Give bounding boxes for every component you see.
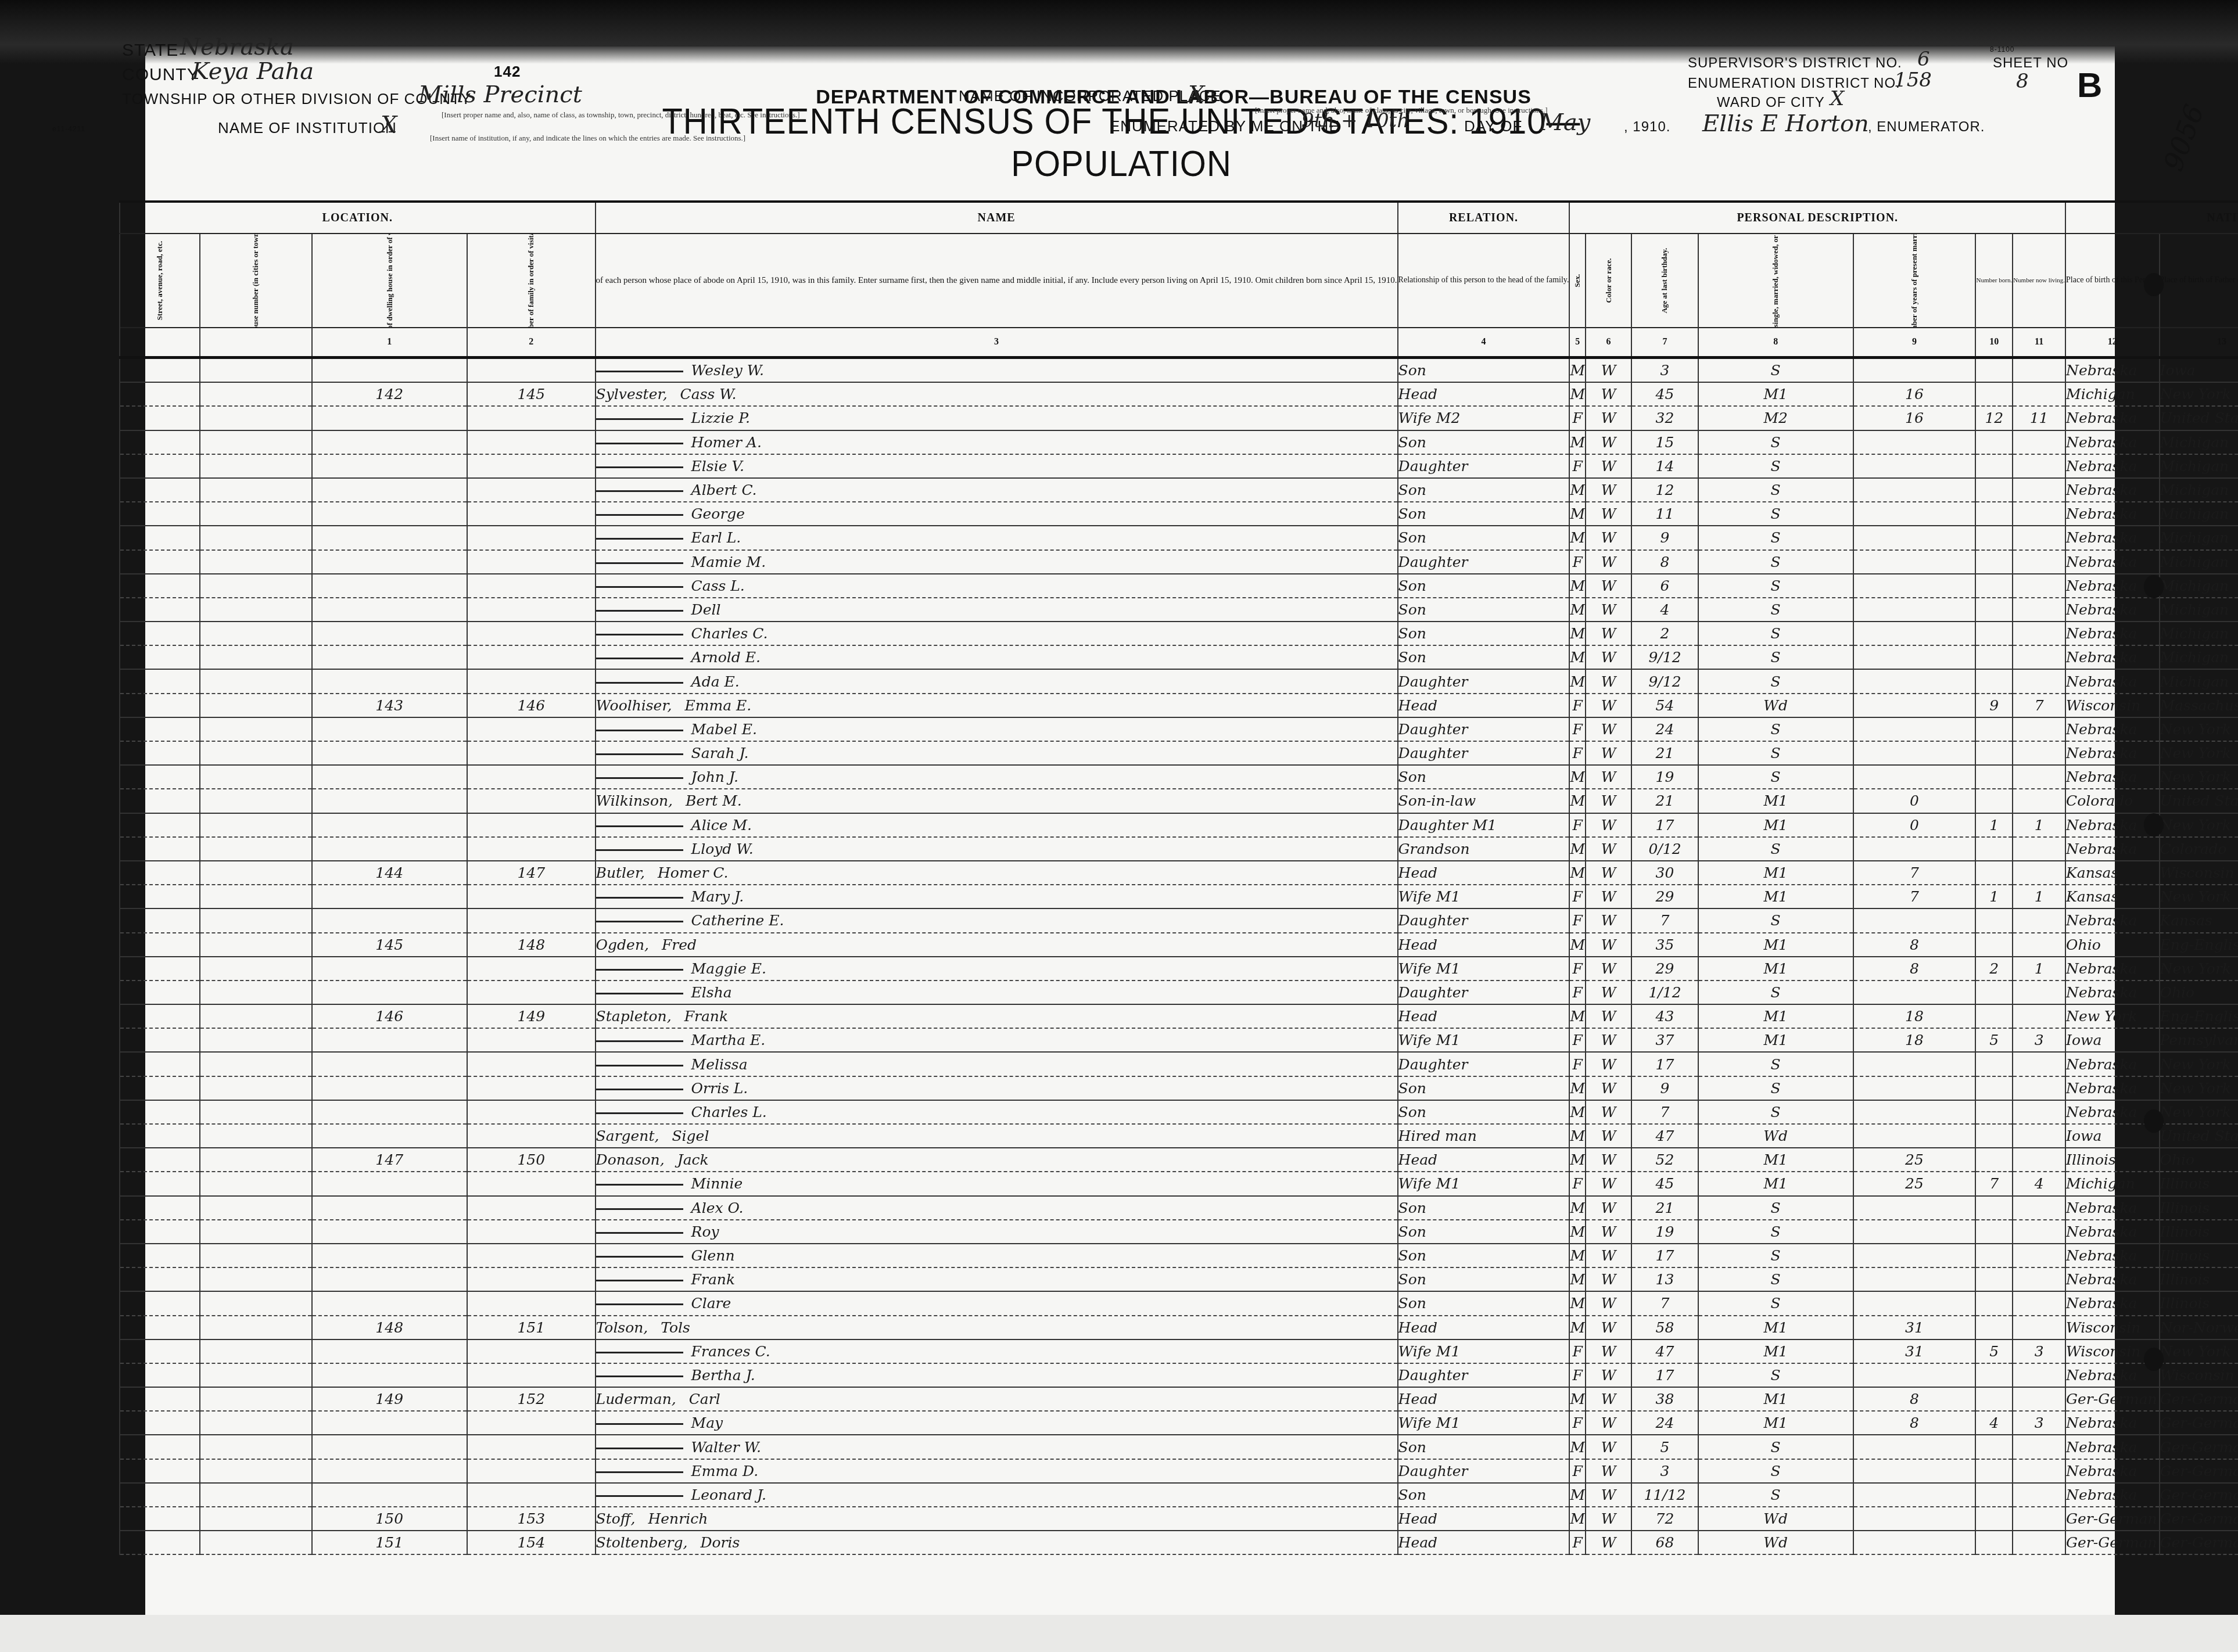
cell-fam [467, 526, 596, 550]
cell-dw: 142 [312, 382, 467, 406]
cell-ym [1853, 1507, 1976, 1531]
same-surname-dash [596, 466, 683, 468]
given-name: Frank [691, 1271, 735, 1288]
cell-ym: 16 [1853, 382, 1976, 406]
cell-born [1975, 1267, 2013, 1291]
cell-ym [1853, 908, 1976, 932]
cell-name: Mabel E. [596, 717, 1398, 741]
cell-ym [1853, 454, 1976, 478]
cell-race: W [1586, 933, 1631, 957]
cell-race: W [1586, 406, 1631, 430]
cell-rel: Son-in-law [1398, 789, 1570, 813]
cell-street [120, 1076, 200, 1100]
cell-fbp: Michigan [2160, 478, 2238, 502]
cell-living [2013, 1483, 2065, 1507]
table-row: GlennSonMW17SNebraskaIllinoisMichiganEng… [120, 1244, 2238, 1267]
cell-street [120, 694, 200, 717]
cell-ym [1853, 645, 1976, 669]
cell-fbp: United States [2160, 406, 2238, 430]
cell-born [1975, 1459, 2013, 1483]
cell-born [1975, 981, 2013, 1004]
cell-race: W [1586, 669, 1631, 693]
cell-ym: 0 [1853, 813, 1976, 837]
cell-rel: Wife M1 [1398, 1411, 1570, 1435]
cell-rel: Wife M1 [1398, 1172, 1570, 1195]
cell-house [200, 1483, 311, 1507]
given-name: Wesley W. [691, 362, 764, 379]
cell-born [1975, 1316, 2013, 1339]
cell-bp: New York [2065, 1004, 2159, 1028]
cell-name: Elsha [596, 981, 1398, 1004]
cell-race: W [1586, 789, 1631, 813]
column-number: 3 [596, 328, 1398, 358]
cell-house [200, 933, 311, 957]
cell-living [2013, 478, 2065, 502]
cell-name: Stapleton,Frank [596, 1004, 1398, 1028]
cell-fbp: New York [2160, 813, 2238, 837]
same-surname-dash [596, 1352, 683, 1353]
cell-race: W [1586, 430, 1631, 454]
cell-dw: 146 [312, 1004, 467, 1028]
cell-dw [312, 1459, 467, 1483]
cell-living [2013, 454, 2065, 478]
cell-dw [312, 1028, 467, 1052]
cell-fbp: Michigan [2160, 574, 2238, 598]
cell-fbp: New York [2160, 885, 2238, 908]
cell-ym: 25 [1853, 1172, 1976, 1195]
table-row: Martha E.Wife M1FW37M11853IowaPennsylvan… [120, 1028, 2238, 1052]
binder-hole [2144, 273, 2164, 296]
cell-mar: S [1698, 981, 1853, 1004]
cell-race: W [1586, 1267, 1631, 1291]
column-number: 6 [1586, 328, 1631, 358]
cell-street [120, 1531, 200, 1554]
cell-mar: S [1698, 1363, 1853, 1387]
cell-name: Ada E. [596, 669, 1398, 693]
same-surname-dash [596, 418, 683, 420]
given-name: Tols [661, 1319, 690, 1336]
cell-name: Bertha J. [596, 1363, 1398, 1387]
cell-race: W [1586, 1172, 1631, 1195]
cell-house [200, 669, 311, 693]
cell-street [120, 1387, 200, 1411]
cell-bp: Nebraska [2065, 406, 2159, 430]
table-row: Leonard J.SonMW11/12SNebraskaGer-GermanN… [120, 1483, 2238, 1507]
cell-name: Melissa [596, 1052, 1398, 1076]
cell-street [120, 789, 200, 813]
cell-rel: Head [1398, 694, 1570, 717]
cell-street [120, 1244, 200, 1267]
cell-house [200, 908, 311, 932]
cell-dw: 148 [312, 1316, 467, 1339]
cell-mar: M1 [1698, 885, 1853, 908]
cell-street [120, 430, 200, 454]
cell-ym [1853, 1052, 1976, 1076]
scan-top-shadow [0, 0, 2238, 64]
same-surname-dash [596, 1232, 683, 1234]
cell-sex: M [1569, 837, 1586, 861]
cell-bp: Nebraska [2065, 1196, 2159, 1220]
cell-name: Martha E. [596, 1028, 1398, 1052]
cell-name: Butler,Homer C. [596, 861, 1398, 885]
cell-sex: F [1569, 1459, 1586, 1483]
cell-rel: Son [1398, 1076, 1570, 1100]
cell-bp: Illinois [2065, 1148, 2159, 1172]
cell-house [200, 1316, 311, 1339]
cell-age: 43 [1631, 1004, 1698, 1028]
cell-street [120, 502, 200, 526]
cell-house [200, 502, 311, 526]
cell-bp: Ger-German [2065, 1531, 2159, 1554]
cell-rel: Daughter [1398, 717, 1570, 741]
cell-race: W [1586, 1052, 1631, 1076]
cell-fam [467, 358, 596, 383]
cell-living [2013, 622, 2065, 645]
col-relation: Relationship of this person to the head … [1398, 234, 1570, 328]
cell-born: 7 [1975, 1172, 2013, 1195]
cell-age: 7 [1631, 1291, 1698, 1315]
cell-house [200, 981, 311, 1004]
cell-living: 7 [2013, 694, 2065, 717]
cell-house [200, 861, 311, 885]
cell-living [2013, 1100, 2065, 1124]
table-row: Homer A.SonMW15SNebraskaMichiganNebraska… [120, 430, 2238, 454]
given-name: Charles C. [691, 625, 768, 642]
same-surname-dash [596, 443, 683, 444]
group-location: LOCATION. [120, 202, 596, 234]
cell-street [120, 861, 200, 885]
same-surname-dash [596, 1303, 683, 1305]
cell-living: 4 [2013, 1172, 2065, 1195]
cell-age: 32 [1631, 406, 1698, 430]
cell-living [2013, 1124, 2065, 1148]
same-surname-dash [596, 658, 683, 659]
cell-house [200, 813, 311, 837]
cell-age: 21 [1631, 789, 1698, 813]
cell-rel: Head [1398, 1507, 1570, 1531]
cell-living [2013, 981, 2065, 1004]
cell-mar: Wd [1698, 1124, 1853, 1148]
cell-race: W [1586, 1363, 1631, 1387]
cell-name: Frank [596, 1267, 1398, 1291]
cell-street [120, 1339, 200, 1363]
cell-fam: 145 [467, 382, 596, 406]
cell-name: Luderman,Carl [596, 1387, 1398, 1411]
cell-house [200, 645, 311, 669]
cell-mar: M2 [1698, 406, 1853, 430]
cell-race: W [1586, 813, 1631, 837]
cell-rel: Son [1398, 1267, 1570, 1291]
cell-age: 17 [1631, 1363, 1698, 1387]
column-number: 7 [1631, 328, 1698, 358]
cell-fam [467, 837, 596, 861]
cell-dw [312, 550, 467, 574]
cell-race: W [1586, 694, 1631, 717]
cell-street [120, 1052, 200, 1076]
cell-ym [1853, 837, 1976, 861]
cell-name: Arnold E. [596, 645, 1398, 669]
column-number: 8 [1698, 328, 1853, 358]
cell-fam [467, 598, 596, 622]
column-number-row: 1234567891011121314151617181920212223242… [120, 328, 2238, 358]
given-name: Henrich [648, 1510, 708, 1527]
given-name: Minnie [691, 1175, 743, 1192]
table-row: GeorgeSonMW11SNebraskaMichiganNebraskaEn… [120, 502, 2238, 526]
cell-mar: S [1698, 1220, 1853, 1244]
same-surname-dash [596, 825, 683, 827]
cell-name: Cass L. [596, 574, 1398, 598]
cell-bp: Nebraska [2065, 1291, 2159, 1315]
cell-house [200, 1291, 311, 1315]
cell-house [200, 1435, 311, 1459]
same-surname-dash [596, 514, 683, 516]
cell-sex: M [1569, 430, 1586, 454]
cell-age: 30 [1631, 861, 1698, 885]
cell-house [200, 1052, 311, 1076]
cell-fbp: Ohio [2160, 1148, 2238, 1172]
cell-bp: Ohio [2065, 933, 2159, 957]
cell-dw [312, 1052, 467, 1076]
cell-born: 12 [1975, 406, 2013, 430]
cell-age: 37 [1631, 1028, 1698, 1052]
cell-age: 35 [1631, 933, 1698, 957]
cell-fbp: New York [2160, 717, 2238, 741]
enumerator-label: , ENUMERATOR. [1868, 119, 1985, 135]
cell-rel: Son [1398, 574, 1570, 598]
cell-street [120, 765, 200, 789]
cell-dw [312, 1220, 467, 1244]
cell-sex: M [1569, 1507, 1586, 1531]
cell-ym [1853, 1291, 1976, 1315]
column-number [200, 328, 311, 358]
cell-house [200, 1124, 311, 1148]
given-name: Sarah J. [691, 745, 749, 762]
cell-mar: S [1698, 1435, 1853, 1459]
cell-bp: Wisconsin [2065, 694, 2159, 717]
table-row: 146149Stapleton,FrankHeadMW43M118New Yor… [120, 1004, 2238, 1028]
cell-bp: Nebraska [2065, 1411, 2159, 1435]
census-rows: Wesley W.SonMW3SNebraskaIowaWales-Englis… [120, 358, 2238, 1555]
table-row: Earl L.SonMW9SNebraskaMichiganNebraskaNo… [120, 526, 2238, 550]
cell-house [200, 1411, 311, 1435]
table-row: 151154Stoltenberg,DorisHeadFW68WdGer-Ger… [120, 1531, 2238, 1554]
cell-born: 5 [1975, 1339, 2013, 1363]
cell-sex: M [1569, 1124, 1586, 1148]
cell-living: 3 [2013, 1028, 2065, 1052]
cell-fam [467, 454, 596, 478]
table-row: RoySonMW19SNebraskaIllinoisMichiganEngli… [120, 1220, 2238, 1244]
cell-race: W [1586, 502, 1631, 526]
cell-age: 13 [1631, 1267, 1698, 1291]
incorporated-place-value: X [1188, 81, 1204, 108]
cell-fam [467, 622, 596, 645]
cell-born: 2 [1975, 957, 2013, 981]
cell-sex: M [1569, 933, 1586, 957]
cell-rel: Head [1398, 1148, 1570, 1172]
cell-living [2013, 765, 2065, 789]
cell-ym [1853, 1220, 1976, 1244]
cell-street [120, 358, 200, 383]
cell-dw [312, 765, 467, 789]
table-row: Orris L.SonMW9SNebraskaNew YorkIowaNoney… [120, 1076, 2238, 1100]
cell-fbp: Michigan [2160, 526, 2238, 550]
cell-sex: M [1569, 574, 1586, 598]
cell-born [1975, 1076, 2013, 1100]
col-sex: Sex. [1569, 234, 1586, 328]
cell-ym [1853, 502, 1976, 526]
cell-street [120, 382, 200, 406]
cell-street [120, 1148, 200, 1172]
cell-sex: F [1569, 981, 1586, 1004]
cell-name: Wilkinson,Bert M. [596, 789, 1398, 813]
same-surname-dash [596, 1089, 683, 1090]
cell-ym [1853, 526, 1976, 550]
cell-bp: Kansas [2065, 885, 2159, 908]
given-name: Lloyd W. [691, 841, 754, 857]
cell-name: Leonard J. [596, 1483, 1398, 1507]
cell-fam [467, 1267, 596, 1291]
cell-age: 0/12 [1631, 837, 1698, 861]
cell-name: Wesley W. [596, 358, 1398, 383]
cell-mar: S [1698, 478, 1853, 502]
cell-living [2013, 741, 2065, 765]
cell-ym: 31 [1853, 1339, 1976, 1363]
cell-sex: M [1569, 669, 1586, 693]
table-row: Sarah J.DaughterFW21SNebraskaNew YorkWis… [120, 741, 2238, 765]
cell-street [120, 454, 200, 478]
cell-bp: Nebraska [2065, 957, 2159, 981]
cell-dw [312, 981, 467, 1004]
cell-mar: S [1698, 1291, 1853, 1315]
given-name: Mamie M. [691, 554, 766, 570]
cell-age: 17 [1631, 813, 1698, 837]
cell-living [2013, 837, 2065, 861]
table-row: Maggie E.Wife M1FW29M1821NebraskaNew Yor… [120, 957, 2238, 981]
given-name: Cass W. [680, 386, 737, 403]
ward-value: X [1830, 87, 1844, 110]
cell-dw [312, 717, 467, 741]
same-surname-dash [596, 586, 683, 588]
cell-mar: S [1698, 837, 1853, 861]
cell-ym: 8 [1853, 1411, 1976, 1435]
table-row: Ada E.DaughterMW9/12SNebraskaMichiganNeb… [120, 669, 2238, 693]
cell-mar: S [1698, 550, 1853, 574]
surname: Sylvester, [596, 386, 668, 403]
same-surname-dash [596, 730, 683, 731]
cell-living [2013, 502, 2065, 526]
surname: Luderman, [596, 1391, 676, 1407]
cell-street [120, 478, 200, 502]
table-row: Walter W.SonMW5SNebraskaGer-GermanNebras… [120, 1435, 2238, 1459]
cell-rel: Son [1398, 430, 1570, 454]
cell-ym: 18 [1853, 1004, 1976, 1028]
col-family-number: Number of family in order of visitation. [467, 234, 596, 328]
cell-dw [312, 1076, 467, 1100]
given-name: John J. [691, 768, 738, 785]
cell-born [1975, 358, 2013, 383]
cell-fbp: New York [2160, 1052, 2238, 1076]
cell-house [200, 1196, 311, 1220]
cell-fbp: Michigan [2160, 645, 2238, 669]
sheet-number-label: SHEET NO [1993, 55, 2068, 71]
column-number [120, 328, 200, 358]
cell-fam [467, 981, 596, 1004]
cell-name: Emma D. [596, 1459, 1398, 1483]
cell-ym [1853, 1435, 1976, 1459]
cell-age: 11 [1631, 502, 1698, 526]
cell-age: 52 [1631, 1148, 1698, 1172]
cell-name: Catherine E. [596, 908, 1398, 932]
cell-fbp: Eng-English [2160, 933, 2238, 957]
cell-name: Stoltenberg,Doris [596, 1531, 1398, 1554]
cell-rel: Son [1398, 645, 1570, 669]
column-number: 2 [467, 328, 596, 358]
cell-ym: 7 [1853, 861, 1976, 885]
cell-living [2013, 358, 2065, 383]
same-surname-dash [596, 1280, 683, 1281]
cell-fbp: Illinois [2160, 1220, 2238, 1244]
cell-ym: 0 [1853, 789, 1976, 813]
cell-name: Donason,Jack [596, 1148, 1398, 1172]
cell-bp: Ger-German [2065, 1387, 2159, 1411]
cell-ym [1853, 669, 1976, 693]
cell-rel: Son [1398, 1100, 1570, 1124]
cell-sex: M [1569, 1435, 1586, 1459]
cell-mar: S [1698, 574, 1853, 598]
table-row: John J.SonMW19SNebraskaNew YorkWisconsin… [120, 765, 2238, 789]
cell-born [1975, 645, 2013, 669]
cell-sex: M [1569, 789, 1586, 813]
cell-bp: Nebraska [2065, 741, 2159, 765]
given-name: Frances C. [691, 1343, 770, 1360]
binder-hole [2144, 1348, 2164, 1371]
given-name: Earl L. [691, 529, 741, 546]
cell-fam [467, 1244, 596, 1267]
cell-house [200, 1387, 311, 1411]
given-name: Roy [691, 1223, 719, 1240]
cell-age: 68 [1631, 1531, 1698, 1554]
cell-ym: 16 [1853, 406, 1976, 430]
cell-name: John J. [596, 765, 1398, 789]
cell-rel: Son [1398, 502, 1570, 526]
same-surname-dash [596, 1184, 683, 1186]
cell-house [200, 1004, 311, 1028]
cell-born: 9 [1975, 694, 2013, 717]
given-name: Ada E. [691, 673, 740, 690]
cell-street [120, 981, 200, 1004]
cell-born [1975, 1291, 2013, 1315]
cell-age: 17 [1631, 1052, 1698, 1076]
cell-dw [312, 1339, 467, 1363]
cell-ym: 25 [1853, 1148, 1976, 1172]
cell-rel: Son [1398, 1220, 1570, 1244]
cell-rel: Wife M1 [1398, 1028, 1570, 1052]
cell-house [200, 550, 311, 574]
cell-street [120, 645, 200, 669]
given-name: Bert M. [686, 792, 742, 809]
cell-ym [1853, 430, 1976, 454]
cell-name: Orris L. [596, 1076, 1398, 1100]
cell-race: W [1586, 1028, 1631, 1052]
cell-born [1975, 622, 2013, 645]
given-name: Homer A. [691, 434, 762, 451]
cell-bp: Nebraska [2065, 717, 2159, 741]
cell-living [2013, 1196, 2065, 1220]
cell-fam [467, 478, 596, 502]
given-name: May [691, 1414, 723, 1431]
cell-fbp: Nor-Norwegian [2160, 1316, 2238, 1339]
cell-fam [467, 645, 596, 669]
